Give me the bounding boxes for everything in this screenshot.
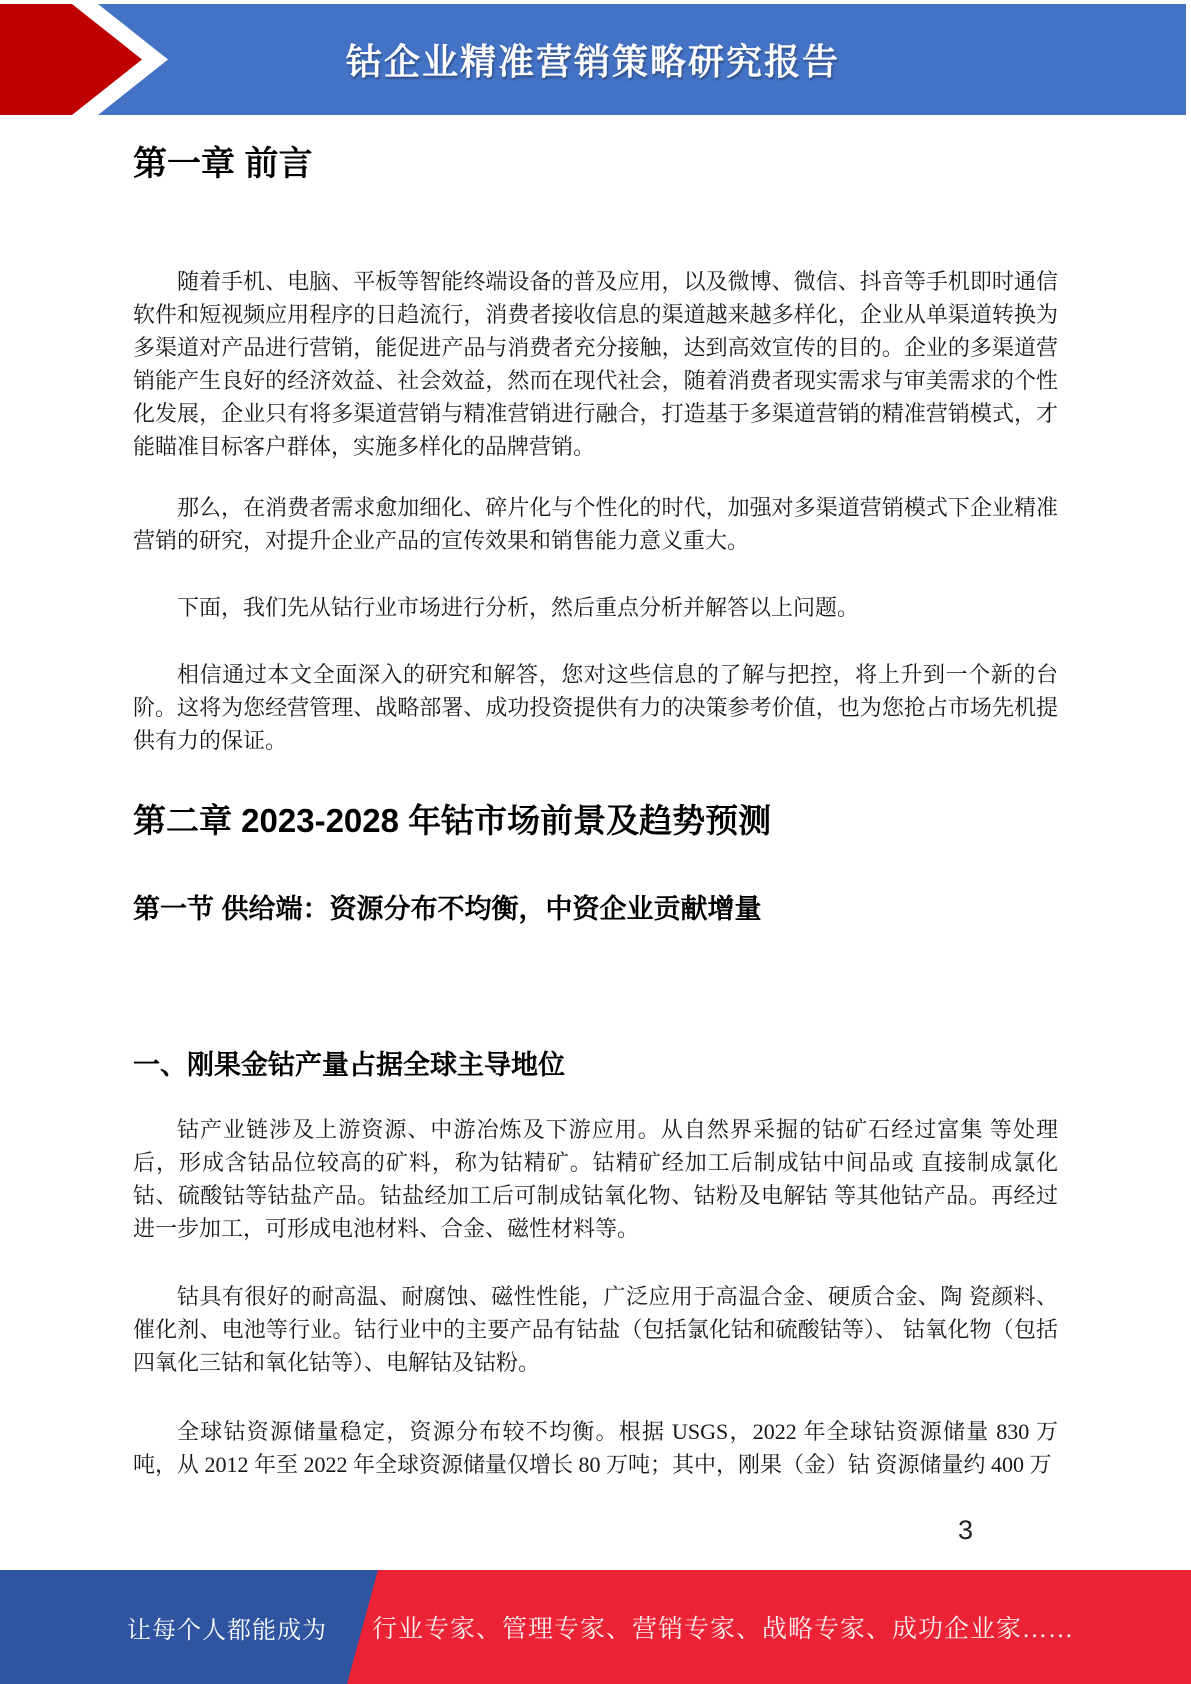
chapter2-paragraph-3: 全球钴资源储量稳定，资源分布较不均衡。根据 USGS，2022 年全球钴资源储量…: [133, 1415, 1058, 1481]
chapter2-paragraph-1: 钴产业链涉及上游资源、中游冶炼及下游应用。从自然界采掘的钴矿石经过富集 等处理后…: [133, 1113, 1058, 1245]
report-title: 钴企业精准营销策略研究报告: [0, 4, 1186, 115]
chapter2-heading: 第二章 2023-2028 年钴市场前景及趋势预测: [133, 795, 771, 842]
page-footer: 让每个人都能成为 行业专家、管理专家、营销专家、战略专家、成功企业家……: [0, 1570, 1191, 1684]
chapter1-paragraph-1: 随着手机、电脑、平板等智能终端设备的普及应用，以及微博、微信、抖音等手机即时通信…: [133, 265, 1058, 463]
chapter2-paragraph-2: 钴具有很好的耐高温、耐腐蚀、磁性性能，广泛应用于高温合金、硬质合金、陶 瓷颜料、…: [133, 1280, 1058, 1379]
chapter1-paragraph-4: 相信通过本文全面深入的研究和解答，您对这些信息的了解与把控，将上升到一个新的台阶…: [133, 658, 1058, 757]
report-page: 钴企业精准营销策略研究报告 第一章 前言 随着手机、电脑、平板等智能终端设备的普…: [0, 0, 1191, 1684]
chapter2-subsection1-heading: 一、刚果金钴产量占据全球主导地位: [133, 1043, 565, 1082]
chapter1-heading: 第一章 前言: [133, 136, 312, 185]
chapter2-section1-heading: 第一节 供给端：资源分布不均衡，中资企业贡献增量: [133, 887, 762, 926]
footer-slogan-right: 行业专家、管理专家、营销专家、战略专家、成功企业家……: [372, 1570, 1074, 1684]
page-header: 钴企业精准营销策略研究报告: [0, 4, 1186, 115]
chapter1-paragraph-2: 那么，在消费者需求愈加细化、碎片化与个性化的时代，加强对多渠道营销模式下企业精准…: [133, 491, 1058, 557]
footer-slogan-left: 让每个人都能成为: [127, 1570, 327, 1684]
page-number: 3: [958, 1515, 973, 1546]
chapter1-paragraph-3: 下面，我们先从钴行业市场进行分析，然后重点分析并解答以上问题。: [133, 591, 1058, 624]
